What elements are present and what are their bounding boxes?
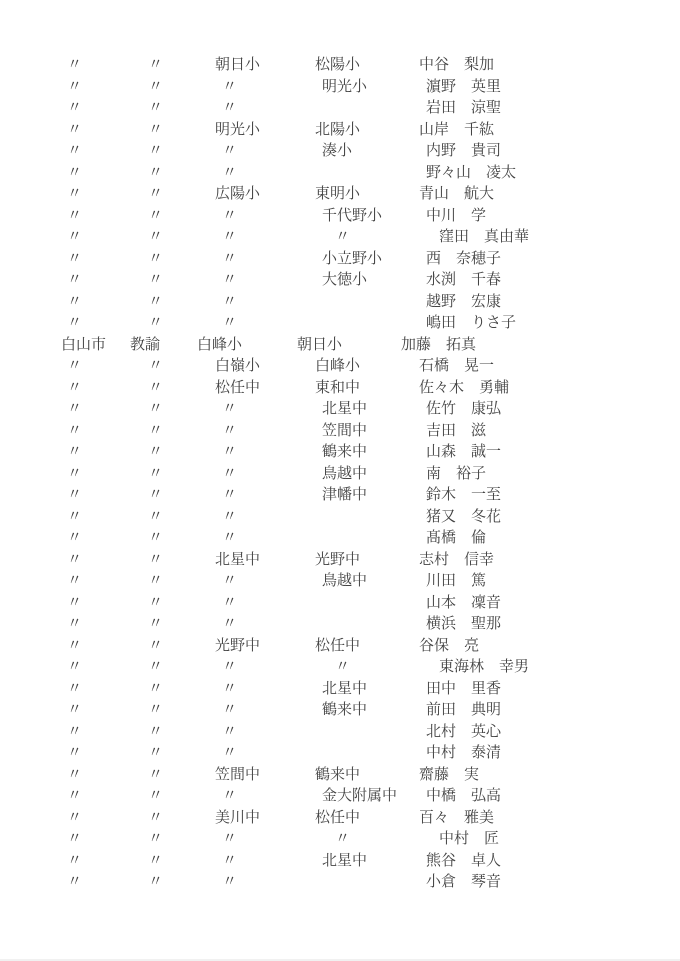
cell-title: 〃 [136,678,215,700]
cell-name: 中村 匠 [439,828,680,850]
cell-title: 〃 [136,656,215,678]
cell-name: 中川 学 [426,205,680,227]
cell-old-school: 〃 [215,742,322,764]
cell-municipality: 白山市 [61,334,130,356]
cell-old-school: 〃 [215,205,322,227]
cell-title: 〃 [136,699,215,721]
cell-new-school [322,742,426,764]
cell-title: 〃 [136,570,215,592]
cell-new-school [322,97,426,119]
table-row: 〃 〃 松任中 東和中 佐々木 勇輔 [61,377,680,399]
cell-municipality: 〃 [61,76,136,98]
cell-title: 〃 [136,592,215,614]
table-row: 〃 〃 〃 猪又 冬花 [61,506,680,528]
cell-old-school: 〃 [215,291,322,313]
cell-name: 猪又 冬花 [426,506,680,528]
cell-municipality: 〃 [61,183,136,205]
cell-name: 内野 貴司 [426,140,680,162]
cell-municipality: 〃 [61,54,136,76]
cell-name: 中橋 弘高 [426,785,680,807]
cell-title: 〃 [136,764,215,786]
table-row: 〃 〃 〃 鳥越中 南 裕子 [61,463,680,485]
cell-new-school: 鳥越中 [322,463,426,485]
cell-old-school: 明光小 [215,119,315,141]
cell-municipality: 〃 [61,742,136,764]
cell-new-school: 北星中 [322,678,426,700]
table-row: 〃 〃 笠間中 鶴来中 齋藤 実 [61,764,680,786]
cell-title: 〃 [136,119,215,141]
cell-name: 齋藤 実 [419,764,680,786]
table-row: 〃 〃 〃 〃 中村 匠 [61,828,680,850]
cell-name: 横浜 聖那 [426,613,680,635]
table-row: 〃 〃 白嶺小 白峰小 石橋 晃一 [61,355,680,377]
cell-title: 〃 [136,398,215,420]
cell-old-school: 白嶺小 [215,355,315,377]
cell-municipality: 〃 [61,484,136,506]
table-row: 〃 〃 〃 湊小 内野 貴司 [61,140,680,162]
cell-name: 北村 英心 [426,721,680,743]
cell-municipality: 〃 [61,678,136,700]
cell-new-school: 東和中 [315,377,419,399]
cell-old-school: 〃 [215,140,322,162]
cell-new-school: 〃 [322,828,439,850]
cell-new-school: 金大附属中 [322,785,426,807]
cell-municipality: 〃 [61,850,136,872]
table-row: 〃 〃 北星中 光野中 志村 信幸 [61,549,680,571]
cell-name: 川田 篤 [426,570,680,592]
cell-municipality: 〃 [61,549,136,571]
table-row: 〃 〃 〃 髙橋 倫 [61,527,680,549]
cell-municipality: 〃 [61,119,136,141]
table-row: 〃 〃 〃 〃 東海林 幸男 [61,656,680,678]
cell-name: 中谷 梨加 [419,54,680,76]
cell-municipality: 〃 [61,635,136,657]
cell-name: 山本 凜音 [426,592,680,614]
cell-title: 〃 [136,291,215,313]
cell-new-school: 北星中 [322,398,426,420]
cell-name: 髙橋 倫 [426,527,680,549]
cell-name: 佐竹 康弘 [426,398,680,420]
cell-title: 〃 [136,248,215,270]
cell-name: 窪田 真由華 [439,226,680,248]
cell-name: 熊谷 卓人 [426,850,680,872]
cell-old-school: 〃 [215,441,322,463]
cell-municipality: 〃 [61,248,136,270]
table-row: 〃 〃 〃 小立野小 西 奈穂子 [61,248,680,270]
table-row: 〃 〃 〃 横浜 聖那 [61,613,680,635]
cell-municipality: 〃 [61,140,136,162]
cell-old-school: 〃 [215,312,322,334]
cell-new-school: 白峰小 [315,355,419,377]
table-row: 〃 〃 〃 笠間中 吉田 滋 [61,420,680,442]
cell-municipality: 〃 [61,527,136,549]
table-row: 〃 〃 朝日小 松陽小 中谷 梨加 [61,54,680,76]
cell-title: 〃 [136,420,215,442]
cell-title: 〃 [136,76,215,98]
cell-municipality: 〃 [61,205,136,227]
cell-old-school: 〃 [215,699,322,721]
cell-new-school: 津幡中 [322,484,426,506]
table-row: 〃 〃 〃 大徳小 水渕 千春 [61,269,680,291]
cell-old-school: 〃 [215,226,322,248]
table-row: 〃 〃 〃 岩田 涼聖 [61,97,680,119]
cell-new-school [322,291,426,313]
cell-name: 青山 航大 [419,183,680,205]
cell-old-school: 〃 [215,828,322,850]
cell-title: 〃 [136,742,215,764]
cell-new-school [322,721,426,743]
cell-name: 石橋 晃一 [419,355,680,377]
cell-municipality: 〃 [61,162,136,184]
cell-title: 〃 [136,226,215,248]
cell-new-school [322,613,426,635]
cell-old-school: 〃 [215,248,322,270]
cell-name: 加藤 拓真 [401,334,680,356]
cell-new-school: 笠間中 [322,420,426,442]
cell-title: 〃 [136,312,215,334]
cell-new-school [322,506,426,528]
cell-municipality: 〃 [61,764,136,786]
cell-municipality: 〃 [61,463,136,485]
cell-new-school: 明光小 [322,76,426,98]
cell-title: 〃 [136,97,215,119]
cell-name: 南 裕子 [426,463,680,485]
table-row: 〃 〃 〃 鳥越中 川田 篤 [61,570,680,592]
cell-old-school: 〃 [215,76,322,98]
cell-old-school: 〃 [215,269,322,291]
table-row: 〃 〃 〃 明光小 濵野 英里 [61,76,680,98]
cell-name: 吉田 滋 [426,420,680,442]
cell-old-school: 〃 [215,850,322,872]
cell-old-school: 〃 [215,871,322,893]
cell-title: 〃 [136,721,215,743]
cell-title: 〃 [136,828,215,850]
cell-old-school: 〃 [215,592,322,614]
table-row: 〃 〃 〃 北星中 佐竹 康弘 [61,398,680,420]
table-row: 〃 〃 〃 嶋田 りさ子 [61,312,680,334]
cell-old-school: 松任中 [215,377,315,399]
cell-new-school: 湊小 [322,140,426,162]
cell-name: 東海林 幸男 [439,656,680,678]
table-row: 〃 〃 〃 津幡中 鈴木 一至 [61,484,680,506]
cell-name: 山岸 千紘 [419,119,680,141]
cell-new-school [322,871,426,893]
cell-name: 鈴木 一至 [426,484,680,506]
cell-new-school: 朝日小 [297,334,401,356]
cell-title: 〃 [136,355,215,377]
cell-name: 佐々木 勇輔 [419,377,680,399]
cell-municipality: 〃 [61,807,136,829]
cell-new-school [322,162,426,184]
cell-old-school: 〃 [215,785,322,807]
cell-new-school: 鶴来中 [315,764,419,786]
cell-new-school: 鶴来中 [322,699,426,721]
cell-name: 谷保 亮 [419,635,680,657]
cell-title: 〃 [136,506,215,528]
cell-name: 山森 誠一 [426,441,680,463]
cell-title: 〃 [136,785,215,807]
cell-new-school: 松任中 [315,635,419,657]
cell-new-school: 北星中 [322,850,426,872]
cell-old-school: 光野中 [215,635,315,657]
table-row: 〃 〃 美川中 松任中 百々 雅美 [61,807,680,829]
table-row: 〃 〃 〃 北星中 田中 里香 [61,678,680,700]
cell-municipality: 〃 [61,97,136,119]
cell-municipality: 〃 [61,828,136,850]
cell-new-school: 千代野小 [322,205,426,227]
cell-municipality: 〃 [61,592,136,614]
cell-municipality: 〃 [61,699,136,721]
table-row: 〃 〃 〃 中村 泰清 [61,742,680,764]
cell-old-school: 〃 [215,570,322,592]
cell-name: 嶋田 りさ子 [426,312,680,334]
cell-name: 水渕 千春 [426,269,680,291]
cell-old-school: 〃 [215,97,322,119]
cell-old-school: 朝日小 [215,54,315,76]
table-row: 〃 〃 明光小 北陽小 山岸 千紘 [61,119,680,141]
cell-old-school: 広陽小 [215,183,315,205]
cell-municipality: 〃 [61,613,136,635]
cell-title: 〃 [136,377,215,399]
table-row: 〃 〃 〃 鶴来中 前田 典明 [61,699,680,721]
cell-title: 〃 [136,871,215,893]
table-row: 〃 〃 〃 金大附属中 中橋 弘高 [61,785,680,807]
cell-title: 〃 [136,549,215,571]
cell-name: 岩田 涼聖 [426,97,680,119]
cell-new-school [322,312,426,334]
cell-municipality: 〃 [61,398,136,420]
cell-name: 前田 典明 [426,699,680,721]
cell-new-school: 鶴来中 [322,441,426,463]
cell-old-school: 〃 [215,613,322,635]
cell-title: 〃 [136,183,215,205]
cell-title: 〃 [136,140,215,162]
cell-old-school: 〃 [215,721,322,743]
cell-municipality: 〃 [61,656,136,678]
cell-old-school: 美川中 [215,807,315,829]
cell-title: 〃 [136,54,215,76]
cell-old-school: 笠間中 [215,764,315,786]
cell-new-school: 松陽小 [315,54,419,76]
table-row: 〃 〃 〃 〃 窪田 真由華 [61,226,680,248]
cell-new-school: 鳥越中 [322,570,426,592]
cell-new-school: 光野中 [315,549,419,571]
cell-new-school: 北陽小 [315,119,419,141]
cell-name: 野々山 凌太 [426,162,680,184]
cell-title: 〃 [136,162,215,184]
cell-new-school: 松任中 [315,807,419,829]
cell-municipality: 〃 [61,226,136,248]
cell-municipality: 〃 [61,420,136,442]
cell-municipality: 〃 [61,871,136,893]
cell-title: 〃 [136,441,215,463]
cell-old-school: 〃 [215,162,322,184]
table-row: 〃 〃 〃 北星中 熊谷 卓人 [61,850,680,872]
cell-old-school: 〃 [215,463,322,485]
cell-new-school: 〃 [322,656,439,678]
cell-name: 濵野 英里 [426,76,680,98]
cell-municipality: 〃 [61,441,136,463]
cell-title: 教諭 [130,334,197,356]
cell-name: 百々 雅美 [419,807,680,829]
cell-old-school: 北星中 [215,549,315,571]
cell-title: 〃 [136,807,215,829]
cell-name: 西 奈穂子 [426,248,680,270]
table-row: 〃 〃 〃 越野 宏康 [61,291,680,313]
cell-title: 〃 [136,527,215,549]
document-page: 〃 〃 朝日小 松陽小 中谷 梨加 〃 〃 〃 明光小 濵野 英里 〃 〃 〃 … [0,0,680,961]
cell-title: 〃 [136,269,215,291]
cell-new-school: 小立野小 [322,248,426,270]
table-row: 〃 〃 〃 北村 英心 [61,721,680,743]
cell-new-school: 東明小 [315,183,419,205]
cell-municipality: 〃 [61,570,136,592]
cell-old-school: 〃 [215,484,322,506]
cell-new-school [322,527,426,549]
cell-title: 〃 [136,463,215,485]
cell-name: 中村 泰清 [426,742,680,764]
cell-municipality: 〃 [61,721,136,743]
table-row: 〃 〃 〃 山本 凜音 [61,592,680,614]
cell-old-school: 〃 [215,656,322,678]
transfer-table: 〃 〃 朝日小 松陽小 中谷 梨加 〃 〃 〃 明光小 濵野 英里 〃 〃 〃 … [61,54,680,893]
table-row: 〃 〃 〃 鶴来中 山森 誠一 [61,441,680,463]
cell-new-school [322,592,426,614]
cell-title: 〃 [136,635,215,657]
cell-municipality: 〃 [61,312,136,334]
table-row: 〃 〃 〃 小倉 琴音 [61,871,680,893]
cell-title: 〃 [136,484,215,506]
cell-municipality: 〃 [61,269,136,291]
table-row: 白山市 教諭 白峰小 朝日小 加藤 拓真 [61,334,680,356]
cell-old-school: 〃 [215,420,322,442]
cell-new-school: 大徳小 [322,269,426,291]
cell-title: 〃 [136,613,215,635]
cell-name: 越野 宏康 [426,291,680,313]
cell-old-school: 〃 [215,398,322,420]
table-row: 〃 〃 〃 千代野小 中川 学 [61,205,680,227]
cell-old-school: 白峰小 [197,334,297,356]
table-row: 〃 〃 広陽小 東明小 青山 航大 [61,183,680,205]
cell-municipality: 〃 [61,377,136,399]
cell-municipality: 〃 [61,291,136,313]
cell-municipality: 〃 [61,355,136,377]
cell-title: 〃 [136,850,215,872]
table-row: 〃 〃 光野中 松任中 谷保 亮 [61,635,680,657]
cell-name: 田中 里香 [426,678,680,700]
cell-municipality: 〃 [61,506,136,528]
cell-old-school: 〃 [215,678,322,700]
cell-old-school: 〃 [215,506,322,528]
cell-old-school: 〃 [215,527,322,549]
cell-name: 小倉 琴音 [426,871,680,893]
cell-municipality: 〃 [61,785,136,807]
cell-title: 〃 [136,205,215,227]
table-row: 〃 〃 〃 野々山 凌太 [61,162,680,184]
cell-name: 志村 信幸 [419,549,680,571]
cell-new-school: 〃 [322,226,439,248]
